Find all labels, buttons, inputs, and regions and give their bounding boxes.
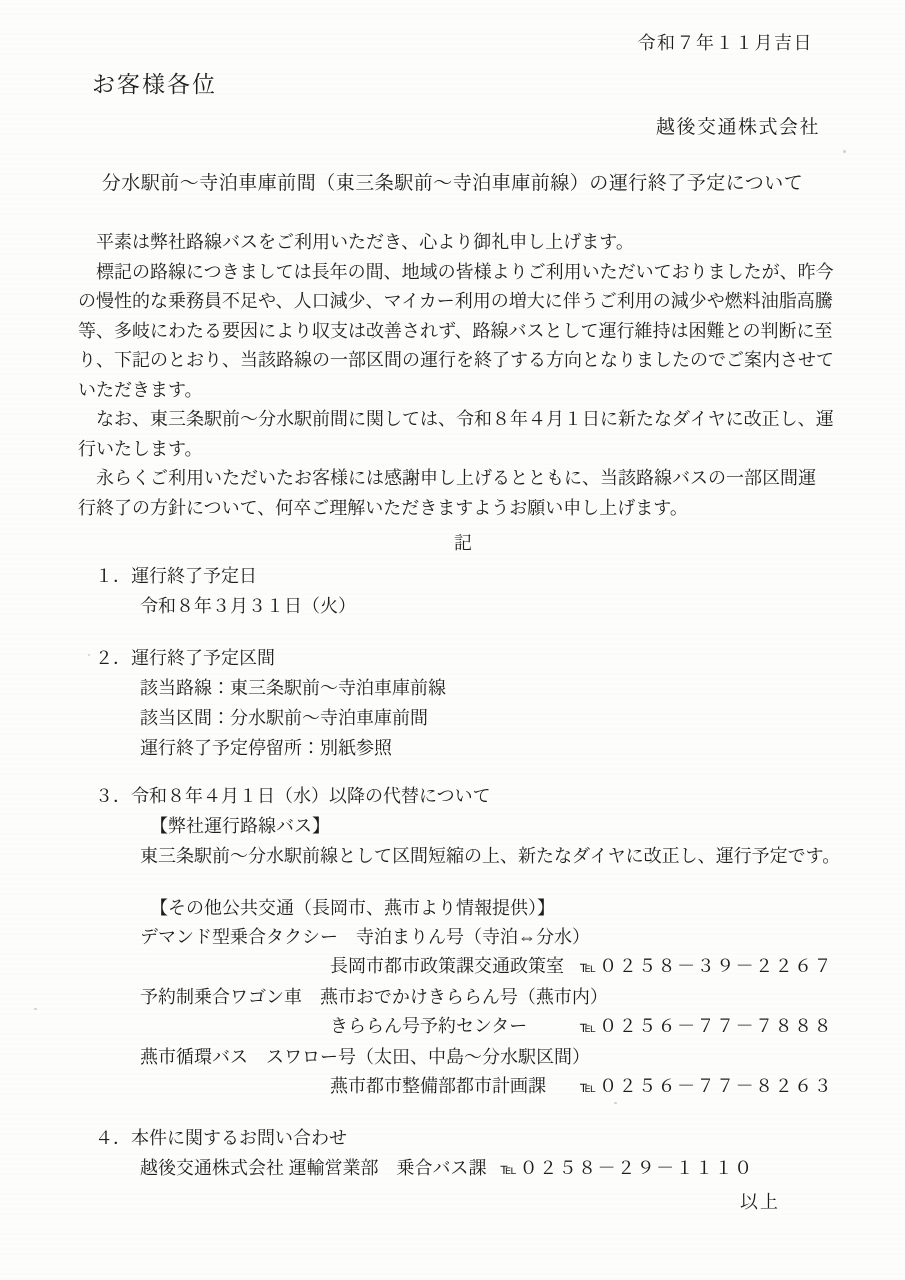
inquiry-contact-org: 越後交通株式会社 運輸営業部 乗合バス課 [140,1153,501,1183]
section-1-end-date: 令和８年３月３１日（火） [78,591,850,621]
document-title: 分水駅前～寺泊車庫前間（東三条駅前～寺泊車庫前線）の運行終了予定について [0,170,905,198]
section-2-heading: ２．運行終了予定区間 [78,643,850,673]
service-contact-row: きららん号予約センター ℡ ０２５６－７７－７８８８ [78,1012,850,1043]
company-name: 越後交通株式会社 [0,116,905,140]
service-name: 予約制乗合ワゴン車 燕市おでかけきららん号（燕市内） [78,983,850,1012]
section-1-heading: １．運行終了予定日 [78,561,850,591]
tel-sign-icon: ℡ [580,1074,599,1103]
intro-line: 標記の路線につきましては長年の間、地域の皆様よりご利用いただいておりましたが、昨… [78,258,850,288]
scan-speckle [34,1008,37,1010]
letter-body: 平素は弊社路線バスをご利用いただき、心より御礼申し上げます。 標記の路線につきま… [78,228,850,1215]
record-marker: 記 [78,531,850,555]
tel-sign-icon: ℡ [580,1014,599,1043]
intro-line: 永らくご利用いただいたお客様には感謝申し上げるとともに、当該路線バスの一部区間運 [78,464,850,494]
scanned-letter-page: 令和７年１１月吉日 お客様各位 越後交通株式会社 分水駅前～寺泊車庫前間（東三条… [0,0,905,1280]
inquiry-phone: ０２５８－２９－１１１０ [520,1153,754,1183]
section-2-stops: 運行終了予定停留所：別紙参照 [78,733,850,763]
intro-line: 行いたします。 [78,435,850,465]
tel-sign-icon: ℡ [580,954,599,983]
intro-line: 行終了の方針について、何卒ご理解いただきますようお願い申し上げます。 [78,494,850,524]
document-date: 令和７年１１月吉日 [0,32,905,54]
intro-line: り、下記のとおり、当該路線の一部区間の運行を終了する方向となりましたのでご案内さ… [78,346,850,376]
section-2-route: 該当路線：東三条駅前～寺泊車庫前線 [78,673,850,703]
service-contact-row: 長岡市都市政策課交通政策室 ℡ ０２５８－３９－２２６７ [78,952,850,983]
section-4-heading: ４．本件に関するお問い合わせ [78,1123,850,1153]
tel-sign-icon: ℡ [501,1155,520,1185]
section-3-heading: ３．令和８年４月１日（水）以降の代替について [78,781,850,811]
intro-line: 平素は弊社路線バスをご利用いただき、心より御礼申し上げます。 [78,228,850,258]
other-transit-header: 【その他公共交通（長岡市、燕市より情報提供）】 [78,893,850,923]
service-phone: ０２５６－７７－８２６３ [599,1072,833,1101]
scan-speckle [88,654,90,656]
service-name: デマンド型乗合タクシー 寺泊まりん号（寺泊⇔分水） [78,923,850,952]
service-contact-org: 燕市都市整備部都市計画課 [330,1072,580,1101]
service-contact-row: 燕市都市整備部都市計画課 ℡ ０２５６－７７－８２６３ [78,1072,850,1103]
service-phone: ０２５６－７７－７８８８ [599,1012,833,1041]
intro-line: の慢性的な乗務員不足や、人口減少、マイカー利用の増大に伴うご利用の減少や燃料油脂… [78,287,850,317]
intro-line: なお、東三条駅前～分水駅前間に関しては、令和８年４月１日に新たなダイヤに改正し、… [78,405,850,435]
scan-speckle [843,150,846,153]
intro-paragraphs: 平素は弊社路線バスをご利用いただき、心より御礼申し上げます。 標記の路線につきま… [78,228,850,523]
service-name: 燕市循環バス スワロー号（太田、中島～分水駅区間） [78,1043,850,1072]
intro-line: いただきます。 [78,376,850,406]
service-contact-org: きららん号予約センター [330,1012,580,1041]
scan-speckle [614,1102,617,1104]
own-bus-line: 東三条駅前～分水駅前線として区間短縮の上、新たなダイヤに改正し、運行予定です。 [78,841,850,871]
inquiry-contact-row: 越後交通株式会社 運輸営業部 乗合バス課 ℡ ０２５８－２９－１１１０ [78,1153,850,1185]
service-phone: ０２５８－３９－２２６７ [599,952,833,981]
section-2-segment: 該当区間：分水駅前～寺泊車庫前間 [78,703,850,733]
intro-line: 等、多岐にわたる要因により収支は改善されず、路線バスとして運行維持は困難との判断… [78,317,850,347]
addressee: お客様各位 [92,70,905,100]
closing-marker: 以上 [78,1189,850,1215]
own-bus-header: 【弊社運行路線バス】 [78,811,850,841]
service-contact-org: 長岡市都市政策課交通政策室 [330,952,580,981]
